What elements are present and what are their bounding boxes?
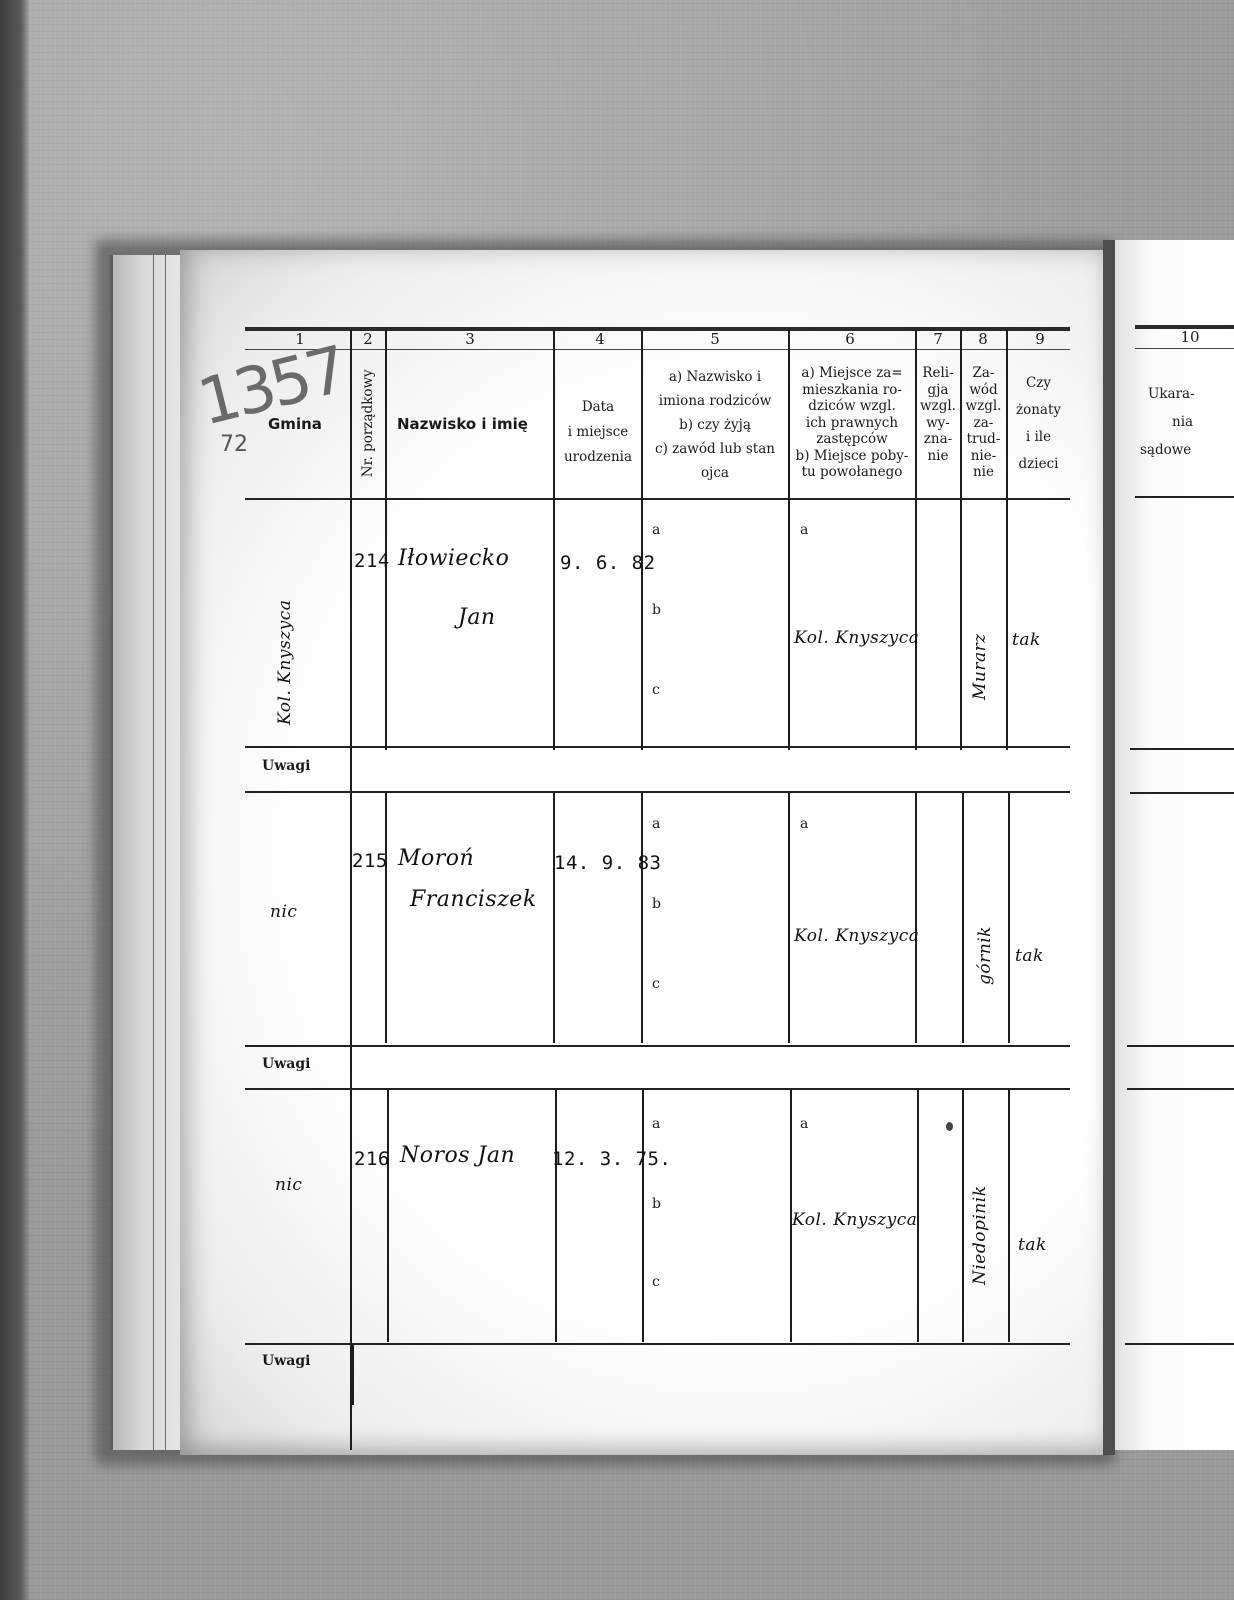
col-header-occupation: Za- wód wzgl. za- trud- nie- nie [961, 365, 1006, 481]
ink-blot [946, 1122, 953, 1131]
entry-3-sub-b: b [652, 1196, 661, 1212]
col-header-parents: a) Nazwisko i imiona rodziców b) czy żyj… [642, 365, 788, 485]
entry-1-sub-b: b [652, 602, 661, 618]
entry-2-remarks-label: Uwagi [262, 1056, 310, 1072]
col-number-10: 10 [1170, 328, 1210, 346]
col-number-8: 8 [963, 330, 1003, 348]
entry-2-sub-c: c [652, 976, 660, 992]
entry-1-birth-date: 9. 6. 82 [560, 552, 656, 574]
facing-page: 10 Ukara- nia sądowe [1115, 240, 1234, 1450]
entry-2-name-line2: Franciszek [410, 887, 537, 912]
entry-1-gmina: Kol. Knyszyca [275, 625, 295, 725]
pencil-record-number: 1357 [191, 333, 351, 440]
entry-3-residence-b: Kol. Knyszyca [792, 1210, 917, 1230]
entry-2-residence-b: Kol. Knyszyca [794, 926, 919, 946]
col-header-residence: a) Miejsce za= mieszkania ro- dziców wzg… [789, 365, 915, 481]
entry-3-birth-date: 12. 3. 75. [552, 1148, 671, 1170]
col-header-married: Czy żonaty i ile dzieci [1007, 370, 1070, 478]
entry-2-gmina: nic [270, 902, 297, 922]
entry-1-name-line2: Jan [458, 605, 496, 630]
scanner-edge [0, 0, 30, 1600]
pencil-page-note: 72 [220, 432, 248, 457]
entry-1-occupation: Murarz [970, 620, 990, 700]
col-header-name: Nazwisko i imię [397, 415, 528, 433]
entry-1-remarks-label: Uwagi [262, 758, 310, 774]
entry-2-nr: 215 [352, 850, 388, 872]
entry-2-occupation: górnik [975, 915, 995, 985]
register-page: 1 2 3 4 5 6 7 8 9 Gmina Nr. porządkowy N… [180, 250, 1105, 1455]
col-header-birth: Data i miejsce urodzenia [556, 395, 640, 470]
entry-2-res-a: a [800, 816, 808, 832]
entry-2-sub-a: a [652, 816, 660, 832]
entry-2-birth-date: 14. 9. 83 [554, 852, 661, 874]
entry-2-name-line1: Moroń [398, 846, 474, 871]
col-number-9: 9 [1020, 330, 1060, 348]
entry-3-remarks-label: Uwagi [262, 1353, 310, 1369]
book-spine [1103, 240, 1115, 1455]
entry-1-sub-a: a [652, 522, 660, 538]
entry-2-married: tak [1015, 946, 1044, 966]
entry-3-nr: 216 [354, 1148, 390, 1170]
entry-1-married: tak [1012, 630, 1041, 650]
entry-2-sub-b: b [652, 896, 661, 912]
page-stack [110, 255, 188, 1450]
col-number-2: 2 [352, 330, 384, 348]
entry-3-sub-c: c [652, 1274, 660, 1290]
col-header-religion: Reli- gja wzgl. wy- zna- nie [916, 365, 960, 464]
col-number-4: 4 [580, 330, 620, 348]
entry-3-res-a: a [800, 1116, 808, 1132]
entry-1-nr: 214 [354, 550, 390, 572]
col-number-5: 5 [695, 330, 735, 348]
col-number-7: 7 [918, 330, 958, 348]
entry-3-occupation: Niedopinik [970, 1185, 990, 1285]
entry-3-married: tak [1018, 1235, 1047, 1255]
entry-3-name-line1: Noros Jan [400, 1143, 515, 1168]
entry-1-res-a: a [800, 522, 808, 538]
col-header-nr: Nr. porządkowy [360, 363, 377, 483]
col-number-6: 6 [830, 330, 870, 348]
entry-3-sub-a: a [652, 1116, 660, 1132]
entry-3-gmina: nic [275, 1175, 302, 1195]
entry-1-residence-b: Kol. Knyszyca [794, 628, 919, 648]
col-number-3: 3 [450, 330, 490, 348]
col-header-convictions: Ukara- nia sądowe [1140, 380, 1234, 464]
entry-1-name-line1: Iłowiecko [398, 546, 509, 571]
entry-1-sub-c: c [652, 682, 660, 698]
